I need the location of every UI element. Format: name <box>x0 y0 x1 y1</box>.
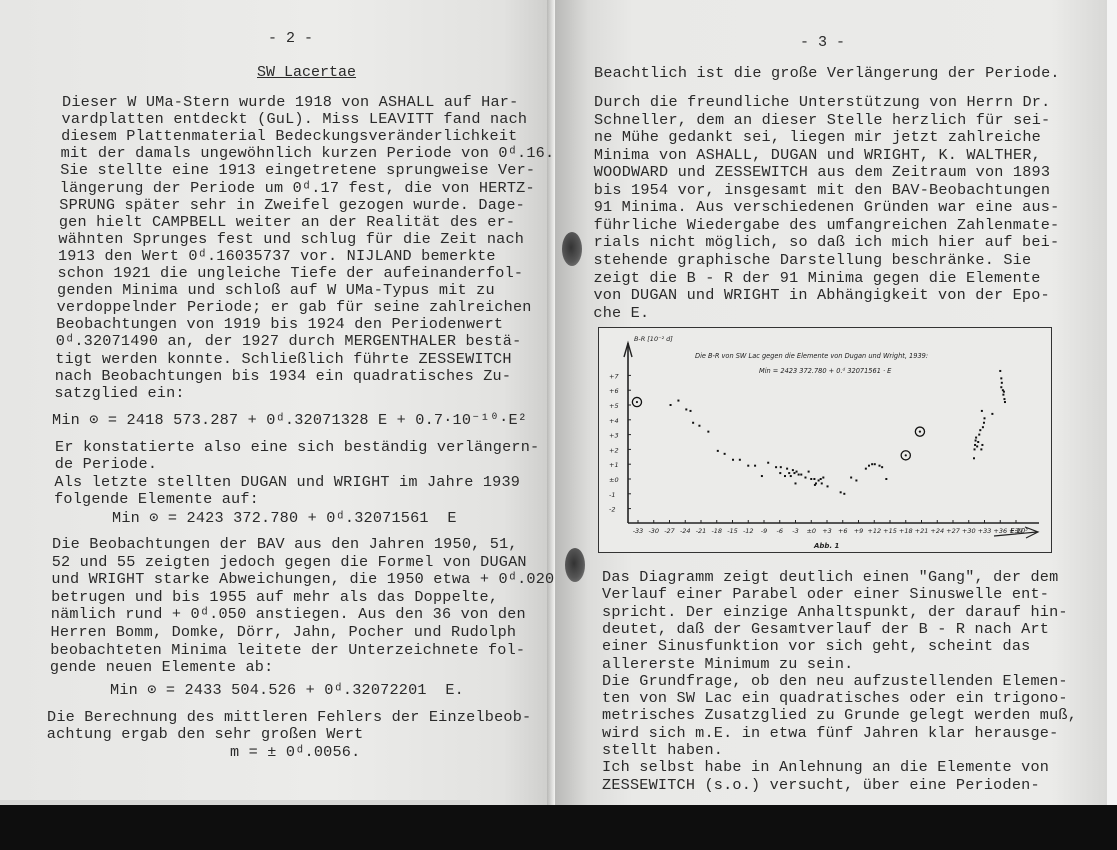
text-line: ZESSEWITCH (s.o.) versucht, über eine Pe… <box>602 778 1040 793</box>
x-tick-label: +33 <box>978 527 992 535</box>
minimum-data-point <box>822 477 824 479</box>
text-line: stellt haben. <box>602 743 723 758</box>
x-tick-label: -30 <box>648 527 659 535</box>
text-line: Durch die freundliche Unterstützung von … <box>594 95 1050 110</box>
minimum-data-point <box>747 465 749 467</box>
minimum-data-point <box>1002 394 1004 396</box>
minimum-data-point <box>973 457 975 459</box>
text-line: ten von SW Lac ein quadratisches oder ei… <box>602 691 1068 706</box>
x-tick-label: +15 <box>883 527 897 535</box>
x-tick-label: -24 <box>680 527 691 535</box>
text-line: 1913 den Wert 0ᵈ.16035737 vor. NIJLAND b… <box>58 249 496 264</box>
circled-minimum-center <box>919 431 921 433</box>
minimum-data-point <box>818 479 820 481</box>
minimum-data-point <box>1000 377 1002 379</box>
minimum-data-point <box>977 441 979 443</box>
minimum-data-point <box>982 426 984 428</box>
y-tick-label: -2 <box>609 506 615 514</box>
minimum-data-point <box>843 493 845 495</box>
y-tick-label: +3 <box>609 432 619 440</box>
minimum-data-point <box>798 474 800 476</box>
minimum-data-point <box>974 448 976 450</box>
minimum-data-point <box>732 459 734 461</box>
formula-mean-error: m = ± 0ᵈ.0056. <box>230 745 360 760</box>
minimum-data-point <box>874 463 876 465</box>
text-line: verdoppelnder Periode; er gab für seine … <box>57 300 532 315</box>
minimum-data-point <box>800 474 802 476</box>
minimum-data-point <box>981 444 983 446</box>
text-line: Die Berechnung des mittleren Fehlers der… <box>47 710 531 725</box>
text-line: wähnten Sprunges fest und schlug für die… <box>58 232 524 247</box>
minimum-data-point <box>983 422 985 424</box>
minimum-data-point <box>698 425 700 427</box>
minimum-data-point <box>821 482 823 484</box>
text-line: vardplatten entdeckt (GuL). Miss LEAVITT… <box>62 112 528 127</box>
text-line: einer Sinusfunktion vor sich geht, schei… <box>602 639 1030 654</box>
formula-dugan-wright: Min ⊙ = 2423 372.780 + 0ᵈ.32071561 E <box>112 511 457 526</box>
text-line: tigt werden konnte. Schließlich führte Z… <box>55 352 511 367</box>
x-tick-label: +12 <box>867 527 881 535</box>
text-line: Minima von ASHALL, DUGAN und WRIGHT, K. … <box>594 148 1041 163</box>
minimum-data-point <box>1000 386 1002 388</box>
minimum-data-point <box>865 468 867 470</box>
minimum-data-point <box>999 370 1001 372</box>
x-tick-label: -15 <box>727 527 738 535</box>
minimum-data-point <box>779 472 781 474</box>
formula-new-elements: Min ⊙ = 2433 504.526 + 0ᵈ.32072201 E. <box>110 683 464 698</box>
text-line: Das Diagramm zeigt deutlich einen "Gang"… <box>602 570 1058 585</box>
text-line: Ich selbst habe in Anlehnung an die Elem… <box>602 760 1049 775</box>
y-tick-label: +2 <box>609 446 619 454</box>
y-tick-label: +5 <box>609 402 619 410</box>
y-axis-label: B-R [10⁻² d] <box>634 335 673 343</box>
minimum-data-point <box>784 475 786 477</box>
minimum-data-point <box>879 465 881 467</box>
text-line: Dieser W UMa-Stern wurde 1918 von ASHALL… <box>62 95 518 110</box>
text-line: betrugen und bis 1955 auf mehr als das D… <box>51 590 498 605</box>
x-tick-label: -12 <box>743 527 754 535</box>
text-line: Die Beobachtungen der BAV aus den Jahren… <box>52 537 518 552</box>
minimum-data-point <box>981 410 983 412</box>
minimum-data-point <box>855 479 857 481</box>
text-line: von DUGAN und WRIGHT in Abhängigkeit von… <box>593 288 1049 303</box>
minimum-data-point <box>670 404 672 406</box>
text-line: Beachtlich ist die große Verlängerung de… <box>594 66 1060 81</box>
minimum-data-point <box>881 466 883 468</box>
text-line: längerung der Periode um 0ᵈ.17 fest, die… <box>60 181 535 196</box>
minimum-data-point <box>1001 382 1003 384</box>
x-tick-label: +6 <box>838 527 848 535</box>
text-line: schon 1921 die ungleiche Tiefe der aufei… <box>58 266 524 281</box>
x-tick-label: -33 <box>633 527 644 535</box>
minimum-data-point <box>1003 398 1005 400</box>
minimum-data-point <box>775 466 777 468</box>
punch-hole-top <box>562 232 582 266</box>
y-tick-label: +6 <box>609 387 619 395</box>
minimum-data-point <box>792 469 794 471</box>
x-tick-label: ±0 <box>806 527 816 535</box>
x-tick-label: -6 <box>777 527 783 535</box>
page-edge <box>1107 0 1117 805</box>
minimum-data-point <box>975 440 977 442</box>
minimum-data-point <box>761 475 763 477</box>
circled-minimum-center <box>905 454 907 456</box>
text-line: gende neuen Elemente ab: <box>50 660 274 675</box>
y-tick-label: ±0 <box>609 476 619 484</box>
minimum-data-point <box>717 450 719 452</box>
text-line: Herren Bomm, Domke, Dörr, Jahn, Pocher u… <box>51 625 517 640</box>
minimum-data-point <box>788 472 790 474</box>
text-line: Als letzte stellten DUGAN und WRIGHT im … <box>54 475 520 490</box>
figure-caption: Abb. 1 <box>813 542 840 550</box>
text-line: bis 1954 vor, insgesamt mit den BAV-Beob… <box>594 183 1050 198</box>
x-tick-label: -27 <box>664 527 675 535</box>
minimum-data-point <box>754 465 756 467</box>
figure-abb-1: +7+6+5+4+3+2+1±0-1-2-33-30-27-24-21-18-1… <box>598 327 1052 553</box>
x-tick-label: +30 <box>962 527 976 535</box>
minimum-data-point <box>804 477 806 479</box>
x-tick-label: +9 <box>854 527 864 535</box>
x-tick-label: +3 <box>822 527 832 535</box>
minimum-data-point <box>840 491 842 493</box>
minimum-data-point <box>979 429 981 431</box>
text-line: metrisches Zusatzglied zu Grunde gelegt … <box>602 708 1077 723</box>
formula-zessewitch: Min ⊙ = 2418 573.287 + 0ᵈ.32071328 E + 0… <box>52 413 527 428</box>
minimum-data-point <box>827 485 829 487</box>
minimum-data-point <box>677 400 679 402</box>
text-line: 91 Minima. Aus verschiedenen Gründen war… <box>594 200 1060 215</box>
scan-background <box>0 805 1117 850</box>
minimum-data-point <box>808 471 810 473</box>
text-line: folgende Elemente auf: <box>54 492 259 507</box>
minimum-data-point <box>793 472 795 474</box>
x-tick-label: +36 <box>993 527 1007 535</box>
text-line: satzglied ein: <box>54 386 184 401</box>
minimum-data-point <box>978 434 980 436</box>
minimum-data-point <box>767 462 769 464</box>
text-line: achtung ergab den sehr großen Wert <box>47 727 364 742</box>
minimum-data-point <box>885 478 887 480</box>
text-line: rials nicht möglich, so daß ich mich hie… <box>594 235 1060 250</box>
minimum-data-point <box>820 478 822 480</box>
minimum-data-point <box>739 459 741 461</box>
x-tick-label: +18 <box>899 527 913 535</box>
text-line: gen hielt CAMPBELL weiter an der Realitä… <box>59 215 515 230</box>
minimum-data-point <box>975 437 977 439</box>
text-line: Sie stellte eine 1913 eingetretene sprun… <box>60 163 535 178</box>
x-tick-label: +27 <box>946 527 961 535</box>
text-line: 52 und 55 zeigten jedoch gegen die Forme… <box>52 555 527 570</box>
text-line: WOODWARD und ZESSEWITCH aus dem Zeitraum… <box>594 165 1050 180</box>
minimum-data-point <box>974 444 976 446</box>
b-r-scatter-chart: +7+6+5+4+3+2+1±0-1-2-33-30-27-24-21-18-1… <box>599 328 1051 552</box>
text-line: ne Mühe gedankt sei, liegen mir jetzt za… <box>594 130 1041 145</box>
minimum-data-point <box>1003 391 1005 393</box>
text-line: de Periode. <box>55 457 157 472</box>
article-title: SW Lacertae <box>257 64 356 81</box>
punch-hole-bottom <box>565 548 585 582</box>
text-line: Die Grundfrage, ob den neu aufzustellend… <box>602 674 1068 689</box>
x-tick-label: -3 <box>792 527 798 535</box>
minimum-data-point <box>796 471 798 473</box>
text-line: che E. <box>593 306 649 321</box>
x-tick-label: -18 <box>711 527 722 535</box>
minimum-data-point <box>685 408 687 410</box>
text-line: allererste Minimum zu sein. <box>602 657 853 672</box>
chart-title: Die B-R von SW Lac gegen die Elemente vo… <box>695 352 928 360</box>
minimum-data-point <box>780 466 782 468</box>
minimum-data-point <box>692 422 694 424</box>
chart-subtitle: Min = 2423 372.780 + 0.ᵈ 32071561 · E <box>759 367 892 375</box>
minimum-data-point <box>795 482 797 484</box>
text-line: führliche Wiedergabe des umfangreichen Z… <box>594 218 1060 233</box>
y-tick-label: -1 <box>609 491 615 499</box>
text-line: nämlich rund + 0ᵈ.050 anstiegen. Aus den… <box>51 607 526 622</box>
text-line: beobachteten Minima leitete der Unterzei… <box>50 643 525 658</box>
minimum-data-point <box>980 448 982 450</box>
book-gutter <box>547 0 555 805</box>
text-line: Schneller, dem an dieser Stelle herzlich… <box>594 113 1050 128</box>
text-line: nach Beobachtungen bis 1934 ein quadrati… <box>55 369 511 384</box>
minimum-data-point <box>814 484 816 486</box>
y-tick-label: +7 <box>609 372 619 380</box>
minimum-data-point <box>724 453 726 455</box>
page-number-left: - 2 - <box>268 30 313 47</box>
text-line: wird sich m.E. in etwa fünf Jahren klar … <box>602 726 1058 741</box>
minimum-data-point <box>976 445 978 447</box>
text-line: diesem Plattenmaterial Bedeckungsverände… <box>61 129 517 144</box>
text-line: mit der damals ungewöhnlich kurzen Perio… <box>61 146 555 161</box>
text-line: zeigt die B - R der 91 Minima gegen die … <box>594 271 1041 286</box>
x-tick-label: +21 <box>915 527 929 535</box>
minimum-data-point <box>868 465 870 467</box>
minimum-data-point <box>871 463 873 465</box>
text-line: und WRIGHT starke Abweichungen, die 1950… <box>51 572 554 587</box>
minimum-data-point <box>707 431 709 433</box>
x-tick-label: +24 <box>930 527 944 535</box>
minimum-data-point <box>850 477 852 479</box>
text-line: SPRUNG später sehr in Zweifel gezogen wu… <box>59 198 525 213</box>
minimum-data-point <box>810 478 812 480</box>
text-line: spricht. Der einzige Anhaltspunkt, der d… <box>602 605 1068 620</box>
text-line: 0ᵈ.32071490 an, der 1927 durch MERGENTHA… <box>56 334 522 349</box>
x-tick-label: -21 <box>696 527 707 535</box>
text-line: Beobachtungen von 1919 bis 1924 den Peri… <box>56 317 503 332</box>
text-line: deutet, daß der Gesamtverlauf der B - R … <box>602 622 1049 637</box>
minimum-data-point <box>690 410 692 412</box>
minimum-data-point <box>984 417 986 419</box>
minimum-data-point <box>790 475 792 477</box>
y-tick-label: +4 <box>609 417 619 425</box>
text-line: Er konstatierte also eine sich beständig… <box>55 440 539 455</box>
minimum-data-point <box>991 413 993 415</box>
x-axis-label: E·10³ <box>1010 527 1028 535</box>
text-line: genden Minima und schloß auf W UMa-Typus… <box>57 283 495 298</box>
minimum-data-point <box>813 478 815 480</box>
page-number-right: - 3 - <box>800 34 845 51</box>
minimum-data-point <box>1004 401 1006 403</box>
text-line: Verlauf einer Parabel oder einer Sinuswe… <box>602 587 1049 602</box>
x-tick-label: -9 <box>761 527 767 535</box>
y-tick-label: +1 <box>609 461 619 469</box>
circled-minimum-center <box>636 401 638 403</box>
minimum-data-point <box>786 468 788 470</box>
text-line: stehende graphische Darstellung beschrän… <box>594 253 1032 268</box>
